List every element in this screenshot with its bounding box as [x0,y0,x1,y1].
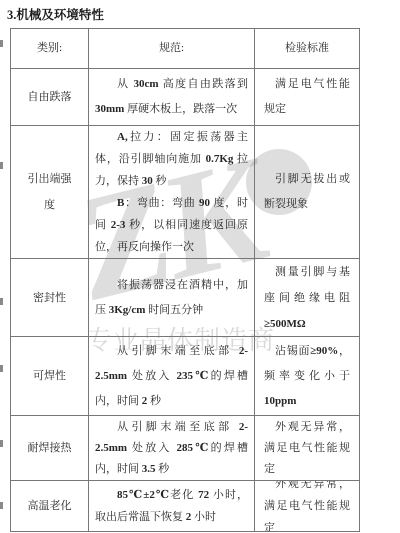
row-standard: 测量引脚与基座间绝缘电阻≥500MΩ [255,259,360,337]
row-spec: 从引脚末端至底部 2-2.5mm 处放入 235℃的焊槽内，时间 2 秒 [89,337,255,416]
clipped-edge-mark [0,440,3,447]
row-category: 密封性 [11,259,89,337]
header-spec: 规范: [89,29,255,69]
standard-text: 测量引脚与基座间绝缘电阻≥500MΩ [264,259,350,337]
clipped-edge-mark [0,365,3,372]
row-standard: 满足电气性能规定 [255,69,360,126]
standard-text: 引脚无拔出或断裂现象 [264,167,350,217]
category-label: 自由跌落 [28,84,72,110]
document-page: ZK 专业晶体制造商 3.机械及环境特性 类别: 规范: 检验标准 自由跌落 从… [0,0,400,533]
spec-text: 85℃±2℃老化 72 小时，取出后常温下恢复 2 小时 [95,484,248,528]
header-standard: 检验标准 [255,29,360,69]
row-standard: 外观无异常，满足电气性能规定 [255,481,360,532]
standard-text: 沾锡面≥90%，频率变化小于 10ppm [264,339,350,414]
spec-text: 从引脚末端至底部 2-2.5mm 处放入 285℃的焊槽内，时间 3.5 秒 [95,417,248,480]
clipped-edge-mark [0,40,3,47]
row-spec: 将振荡器浸在酒精中，加压 3Kg/cm 时间五分钟 [89,259,255,337]
row-spec: 85℃±2℃老化 72 小时，取出后常温下恢复 2 小时 [89,481,255,532]
row-category: 耐焊接热 [11,416,89,481]
row-standard: 外观无异常，满足电气性能规定 [255,416,360,481]
clipped-edge-mark [0,162,3,169]
row-category: 可焊性 [11,337,89,416]
spec-text: 将振荡器浸在酒精中，加压 3Kg/cm 时间五分钟 [95,273,248,323]
page-title: 3.机械及环境特性 [7,5,104,23]
row-standard: 沾锡面≥90%，频率变化小于 10ppm [255,337,360,416]
spec-text: 从 30cm 高度自由跌落到 30mm 厚硬木板上，跌落一次 [95,72,248,122]
row-category: 自由跌落 [11,69,89,126]
spec-text-b: B：弯曲：弯曲 90 度，时间 2-3 秒，以相同速度返回原位，再反向操作一次 [95,192,248,258]
spec-text: 从引脚末端至底部 2-2.5mm 处放入 235℃的焊槽内，时间 2 秒 [95,339,248,414]
standard-text: 满足电气性能规定 [264,72,350,122]
clipped-edge-mark [0,502,3,509]
row-standard: 引脚无拔出或断裂现象 [255,126,360,259]
category-label: 引出端强度 [26,166,74,218]
row-spec: 从引脚末端至底部 2-2.5mm 处放入 285℃的焊槽内，时间 3.5 秒 [89,416,255,481]
row-spec: 从 30cm 高度自由跌落到 30mm 厚硬木板上，跌落一次 [89,69,255,126]
standard-text: 外观无异常，满足电气性能规定 [264,417,350,480]
category-label: 耐焊接热 [28,435,72,461]
category-label: 密封性 [33,285,66,311]
standard-text: 外观无异常，满足电气性能规定 [264,481,350,532]
category-label: 高温老化 [28,493,72,519]
header-category: 类别: [11,29,89,69]
spec-text-a: A,拉力：固定振荡器主体，沿引脚轴向施加 0.7Kg 拉力，保持 30 秒 [95,126,248,192]
spec-table: 类别: 规范: 检验标准 自由跌落 从 30cm 高度自由跌落到 30mm 厚硬… [10,28,360,532]
category-label: 可焊性 [33,363,66,389]
row-category: 高温老化 [11,481,89,532]
row-spec: A,拉力：固定振荡器主体，沿引脚轴向施加 0.7Kg 拉力，保持 30 秒 B：… [89,126,255,259]
row-category: 引出端强度 [11,126,89,259]
clipped-edge-mark [0,298,3,305]
